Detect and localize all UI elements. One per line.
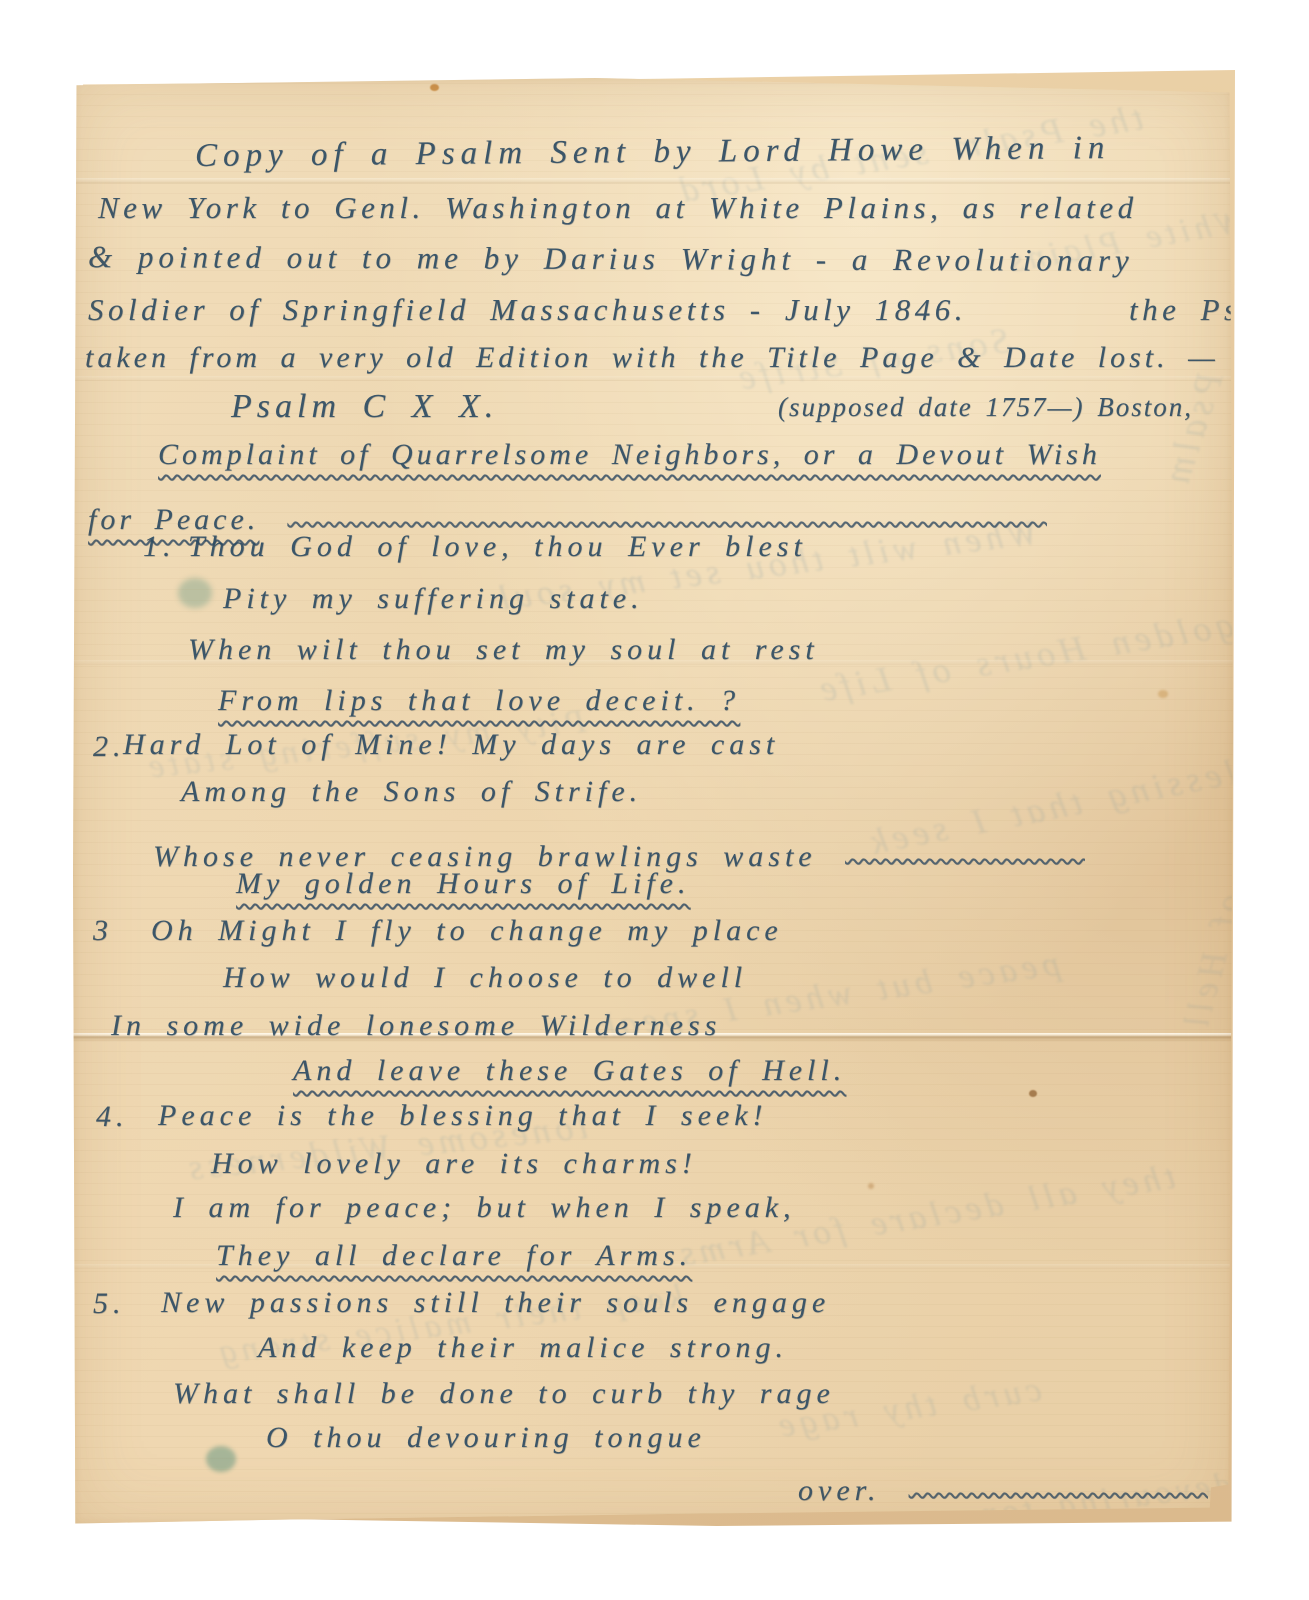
line-text: Hard Lot of Mine! My days are cast — [123, 728, 779, 761]
verse-line: And keep their malice strong. — [258, 1331, 788, 1365]
verse-number: 3 — [93, 914, 113, 948]
verse-line: How would I choose to dwell — [223, 961, 747, 995]
showthrough-line: golden Hours of Life — [812, 603, 1236, 711]
verse-number: 4. — [96, 1100, 129, 1134]
manuscript-page: the Psalm sent by Lordat White PlainsSon… — [73, 78, 1233, 1525]
line-text: 4. — [96, 1100, 129, 1133]
line-text: Complaint of Quarrelsome Neighbors, or a… — [158, 438, 1101, 471]
line-text: O thou devouring tongue — [266, 1421, 706, 1454]
line-text: over. — [798, 1474, 880, 1507]
verse-line: Oh Might I fly to change my place — [151, 914, 783, 948]
verse-number: 1. — [143, 530, 176, 564]
verse-line: When wilt thou set my soul at rest — [188, 633, 819, 667]
verse-line: Hard Lot of Mine! My days are cast — [123, 728, 779, 762]
flourish-rule — [287, 485, 1047, 529]
showthrough-line: Gates of Hell — [1174, 762, 1285, 1037]
line-text: What shall be done to curb thy rage — [173, 1377, 835, 1410]
line-text: Psalm C X X. — [231, 388, 498, 425]
line-text: 2. — [93, 730, 126, 763]
showthrough-line: Psalm — [1154, 366, 1233, 494]
line-text: 1. — [143, 530, 176, 563]
verse-line: O thou devouring tongue — [266, 1421, 706, 1455]
verse-line: I am for peace; but when I speak, — [173, 1191, 796, 1225]
line-text: They all declare for Arms. — [216, 1239, 692, 1272]
verse-line: New passions still their souls engage — [161, 1286, 830, 1320]
manuscript-scan: the Psalm sent by Lordat White PlainsSon… — [73, 70, 1237, 1528]
line-text: And leave these Gates of Hell. — [293, 1054, 846, 1087]
verse-line: They all declare for Arms. — [216, 1239, 692, 1273]
flourish-rule — [845, 822, 1085, 866]
verse-line: From lips that love deceit. ? — [218, 684, 740, 718]
line-text: New York to Genl. Washington at White Pl… — [98, 190, 1138, 225]
verse-line: Pity my suffering state. — [223, 582, 644, 616]
line-text: taken from a very old Edition with the T… — [85, 341, 1219, 374]
line-text: Soldier of Springfield Massachusetts - J… — [88, 292, 1301, 327]
header-line: & pointed out to me by Darius Wright - a… — [88, 239, 1134, 279]
line-text: How would I choose to dwell — [223, 961, 747, 994]
line-text: My golden Hours of Life. — [236, 867, 690, 900]
header-line: taken from a very old Edition with the T… — [85, 341, 1219, 375]
verse-line: And leave these Gates of Hell. — [293, 1054, 846, 1088]
verse-line: Peace is the blessing that I seek! — [158, 1099, 768, 1133]
verse-line: What shall be done to curb thy rage — [173, 1377, 835, 1411]
line-text: New passions still their souls engage — [161, 1286, 830, 1319]
line-text: 3 — [93, 914, 113, 947]
line-text: 5. — [93, 1287, 126, 1320]
line-text: & pointed out to me by Darius Wright - a… — [88, 239, 1134, 278]
line-text: How lovely are its charms! — [211, 1147, 697, 1180]
line-text: Pity my suffering state. — [223, 582, 644, 615]
page-footer-over: over. — [798, 1456, 1208, 1508]
psalm-date-note: (supposed date 1757—) Boston, — [778, 392, 1193, 423]
line-text: Among the Sons of Strife. — [181, 775, 642, 808]
header-line: Soldier of Springfield Massachusetts - J… — [88, 292, 1301, 328]
line-text: When wilt thou set my soul at rest — [188, 633, 819, 666]
psalm-number-heading: Psalm C X X. — [231, 388, 498, 426]
line-text: Thou God of love, thou Ever blest — [188, 530, 807, 563]
verse-line: Thou God of love, thou Ever blest — [188, 530, 807, 564]
flourish-rule — [908, 1456, 1208, 1500]
line-text: I am for peace; but when I speak, — [173, 1191, 796, 1224]
header-line: New York to Genl. Washington at White Pl… — [98, 190, 1138, 226]
subtitle-line: Complaint of Quarrelsome Neighbors, or a… — [158, 438, 1101, 472]
verse-line: My golden Hours of Life. — [236, 867, 690, 901]
verse-line: In some wide lonesome Wilderness — [111, 1009, 721, 1043]
verse-line: Among the Sons of Strife. — [181, 775, 642, 809]
verse-number: 5. — [93, 1287, 126, 1321]
line-text: Oh Might I fly to change my place — [151, 914, 783, 947]
verse-line: How lovely are its charms! — [211, 1147, 697, 1181]
line-text: From lips that love deceit. ? — [218, 684, 740, 717]
verse-number: 2. — [93, 730, 126, 764]
line-text: (supposed date 1757—) Boston, — [778, 392, 1193, 422]
line-text: And keep their malice strong. — [258, 1331, 788, 1364]
line-text: Copy of a Psalm Sent by Lord Howe When i… — [195, 130, 1111, 174]
line-text: In some wide lonesome Wilderness — [111, 1009, 721, 1042]
line-text: Peace is the blessing that I seek! — [158, 1099, 768, 1132]
